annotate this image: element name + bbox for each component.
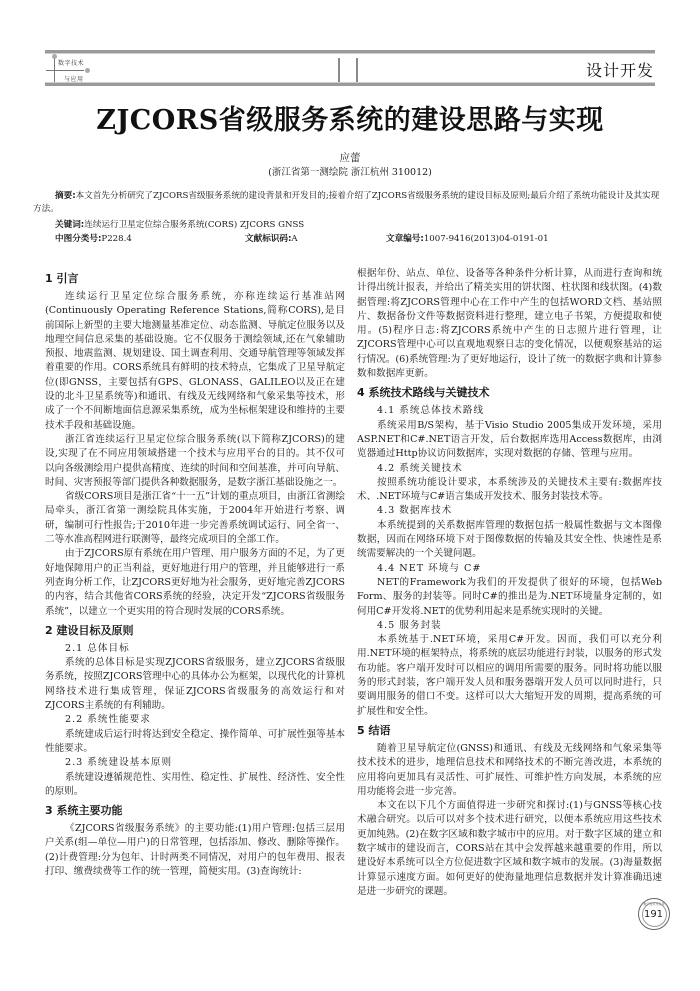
keywords-label: 关键词: — [55, 220, 84, 230]
paragraph: 根据年份、站点、单位、设备等各种条件分析计算，从而进行查询和统计得出统计报表，并… — [357, 267, 662, 381]
section-heading: 4 系统技术路线与关键技术 — [357, 385, 662, 400]
section-heading: 1 引言 — [45, 271, 345, 286]
header-separator — [356, 58, 358, 82]
abstract: 摘要:本文首先分析研究了ZJCORS省级服务系统的建设背景和开发目的;接着介绍了… — [33, 190, 663, 216]
article-number-label: 文章编号: — [386, 234, 424, 244]
section-heading: 5 结语 — [357, 723, 662, 738]
clc-value: P228.4 — [101, 234, 131, 244]
subsection-heading: 2.3 系统建设基本原则 — [45, 756, 345, 770]
article-author: 应蕾 — [0, 150, 700, 165]
journal-name-line1: 数字技术 — [58, 58, 84, 67]
header-top-rule — [45, 50, 655, 54]
keywords: 关键词:连续运行卫星定位综合服务系统(CORS) ZJCORS GNSS — [55, 218, 304, 230]
doc-code-label: 文献标识码: — [245, 234, 291, 244]
paragraph: 本文在以下几个方面值得进一步研究和探讨:(1)与GNSS等核心技术融合研究。以后… — [357, 799, 662, 899]
section-label: 设计开发 — [586, 58, 654, 81]
paragraph: 省级CORS项目是浙江省“十一五”计划的重点项目，由浙江省测绘局牵头，浙江省第一… — [45, 490, 345, 547]
article-title: ZJCORS省级服务系统的建设思路与实现 — [0, 98, 700, 137]
subsection-heading: 4.2 系统关键技术 — [357, 462, 662, 476]
paragraph: NET的Framework为我们的开发提供了很好的环境，包括Web Form、服… — [357, 576, 662, 619]
abstract-text: 本文首先分析研究了ZJCORS省级服务系统的建设背景和开发目的;接着介绍了ZJC… — [33, 191, 659, 214]
paragraph: 本系统提到的关系数据库管理的数据包括一般属性数据与文本图像数据，因而在网络环境下… — [357, 519, 662, 562]
paragraph: 随着卫星导航定位(GNSS)和通讯、有线及无线网络和气象采集等技术技术的进步，地… — [357, 742, 662, 799]
subsection-heading: 4.1 系统总体技术路线 — [357, 404, 662, 418]
page-number: 191 — [639, 909, 668, 920]
paragraph: 系统的总体目标是实现ZJCORS省级服务，建立ZJCORS省级服务系统，按照ZJ… — [45, 656, 345, 713]
paragraph: 系统采用B/S架构，基于Visio Studio 2005集成开发环境，采用AS… — [357, 419, 662, 462]
right-column: 根据年份、站点、单位、设备等各种条件分析计算，从而进行查询和统计得出统计报表，并… — [357, 267, 662, 899]
article-number-value: 1007-9416(2013)04-0191-01 — [424, 234, 549, 244]
paragraph: 本系统基于.NET环境，采用C#开发。因而，我们可以充分利用.NET环境的框架特… — [357, 633, 662, 719]
section-heading: 2 建设目标及原则 — [45, 623, 345, 638]
header-separator — [338, 58, 340, 82]
abstract-label: 摘要: — [55, 191, 76, 201]
subsection-heading: 2.2 系统性能要求 — [45, 713, 345, 727]
paragraph: 连续运行卫星定位综合服务系统，亦称连续运行基准站网(Continuously O… — [45, 290, 345, 433]
document-code: 文献标识码:A — [245, 232, 298, 244]
doc-code-value: A — [291, 234, 297, 244]
paragraph: 由于ZJCORS原有系统在用户管理、用户服务方面的不足，为了更好地保障用户的正当… — [45, 547, 345, 618]
badge-arc-text: 数字技术与应用 — [643, 902, 665, 906]
paragraph: 《ZJCORS省级服务系统》的主要功能:(1)用户管理:包括三层用户关系(组—单… — [45, 822, 345, 879]
article-number: 文章编号:1007-9416(2013)04-0191-01 — [386, 232, 549, 244]
subsection-heading: 2.1 总体目标 — [45, 642, 345, 656]
logo-horizontal-line — [46, 70, 84, 71]
paragraph: 系统建成后运行时将达到安全稳定、操作简单、可扩展性强等基本性能要求。 — [45, 728, 345, 757]
subsection-heading: 4.5 服务封装 — [357, 619, 662, 633]
journal-logo: 数字技术 与应用 — [44, 52, 102, 84]
paragraph: 系统建设遵循规范性、实用性、稳定性、扩展性、经济性、安全性的原则。 — [45, 771, 345, 800]
author-affiliation: (浙江省第一测绘院 浙江杭州 310012) — [0, 164, 700, 178]
logo-dot-icon — [85, 68, 90, 73]
header-bottom-rule — [45, 82, 655, 86]
keywords-text: 连续运行卫星定位综合服务系统(CORS) ZJCORS GNSS — [84, 220, 304, 230]
subsection-heading: 4.4 NET 环境与 C# — [357, 562, 662, 576]
clc-number: 中图分类号:P228.4 — [55, 232, 132, 244]
section-heading: 3 系统主要功能 — [45, 803, 345, 818]
subsection-heading: 4.3 数据库技术 — [357, 504, 662, 518]
clc-label: 中图分类号: — [55, 234, 101, 244]
paragraph: 浙江省连续运行卫星定位综合服务系统(以下简称ZJCORS)的建设,实现了在不同应… — [45, 433, 345, 490]
logo-dot-icon — [52, 54, 57, 59]
paragraph: 按照系统功能设计要求，本系统涉及的关键技术主要有:数据库技术、.NET环境与C#… — [357, 476, 662, 505]
page-number-badge: 数字技术与应用 191 — [638, 898, 670, 930]
left-column: 1 引言 连续运行卫星定位综合服务系统，亦称连续运行基准站网(Continuou… — [45, 267, 345, 879]
